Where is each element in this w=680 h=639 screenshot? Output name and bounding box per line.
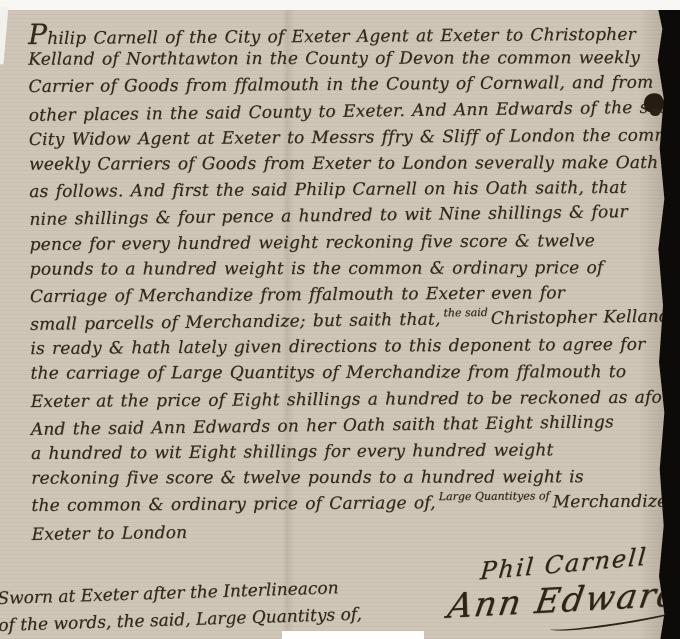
line-text: City Widow Agent at Exeter to Messrs ffr… [29, 125, 665, 150]
line-text: the carriage of Large Quantitys of Merch… [30, 363, 626, 385]
inserted-text: Large Quantityes of [439, 490, 550, 504]
manuscript-line: the carriage of Large Quantitys of Merch… [30, 359, 655, 387]
line-text: Christopher Kelland [491, 307, 665, 329]
line-text: Kelland of Northtawton in the County of … [28, 48, 640, 70]
manuscript-line: pounds to a hundred weight is the common… [30, 255, 655, 283]
line-text: Carrier of Goods from ffalmouth in the C… [28, 73, 653, 97]
manuscript-line: reckoning five score & twelve pounds to … [31, 464, 656, 492]
line-text: a hundred to wit Eight shillings for eve… [31, 440, 554, 464]
line-text: Exeter at the price of Eight shillings a… [31, 387, 665, 412]
ink-blot-small [650, 108, 660, 116]
line-text: other places in the said County to Exete… [29, 97, 665, 125]
top-margin-strip [0, 0, 680, 10]
attestation-block: Sworn at Exeter after the Interlineacon … [0, 575, 362, 639]
line-text: as follows. And first the said Philip Ca… [29, 178, 627, 202]
manuscript-line: Philip Carnell of the City of Exeter Age… [28, 18, 653, 49]
white-cover-box [282, 631, 424, 639]
line-text: Carriage of Merchandize from ffalmouth t… [30, 283, 565, 307]
line-text: reckoning five score & twelve pounds to … [31, 467, 584, 488]
line-text: nine shillings & four pence a hundred to… [29, 202, 628, 230]
line-text: small parcells of Merchandize; but saith… [30, 310, 441, 335]
line-text: Exeter to London [31, 522, 187, 544]
manuscript-line: Kelland of Northtawton in the County of … [28, 45, 653, 73]
line-text: pence for every hundred weight reckoning… [29, 231, 595, 255]
line-text: And the said Ann Edwards on her Oath sai… [31, 412, 614, 440]
line-text: Merchandize from [553, 492, 665, 513]
manuscript-line: weekly Carriers of Goods from Exeter to … [29, 150, 654, 178]
line-text: weekly Carriers of Goods from Exeter to … [29, 153, 658, 175]
manuscript-photo: Philip Carnell of the City of Exeter Age… [0, 0, 680, 639]
manuscript-page: Philip Carnell of the City of Exeter Age… [0, 10, 665, 639]
line-text: the common & ordinary price of Carriage … [31, 494, 436, 517]
line-text: pounds to a hundred weight is the common… [30, 258, 604, 280]
signature-ann-edwards: Ann Edwards [445, 573, 665, 627]
line-text: is ready & hath lately given directions … [30, 335, 645, 359]
manuscript-body: Philip Carnell of the City of Exeter Age… [28, 18, 657, 546]
inserted-text: the said [443, 306, 487, 320]
